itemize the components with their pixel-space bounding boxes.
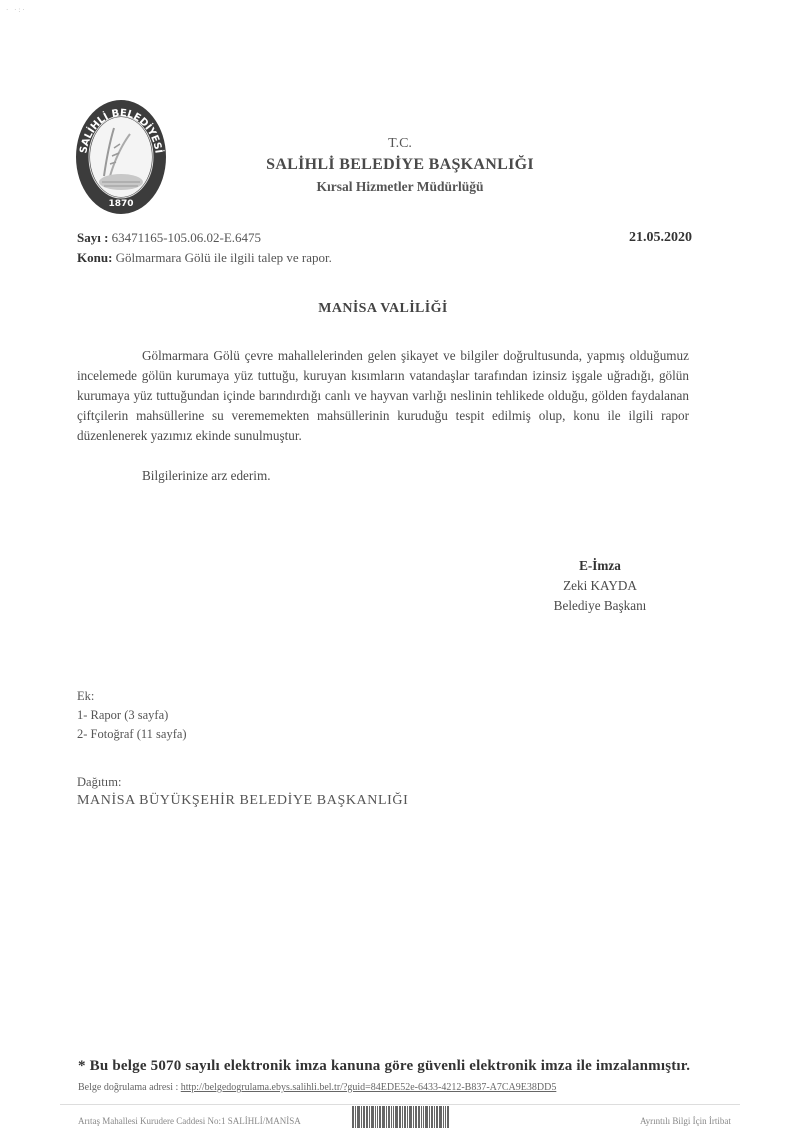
closing-line: Bilgilerinize arz ederim. [142,468,271,484]
reference-label: Sayı : [77,230,108,245]
barcode-icon [352,1106,449,1128]
subject-value: Gölmarmara Gölü ile ilgili talep ve rapo… [116,250,332,265]
esignature-notice: * Bu belge 5070 sayılı elektronik imza k… [78,1058,690,1075]
verification-line: Belge doğrulama adresi : http://belgedog… [78,1082,556,1093]
header-department: Kırsal Hizmetler Müdürlüğü [200,179,600,195]
signatory-name: Zeki KAYDA [500,578,700,594]
distribution-label: Dağıtım: [77,775,121,790]
municipality-logo: SALİHLİ BELEDİYESİ 1870 [74,98,168,216]
body-paragraph: Gölmarmara Gölü çevre mahallelerinden ge… [77,346,689,446]
municipality-seal-icon: SALİHLİ BELEDİYESİ 1870 [74,98,168,216]
footer-address: Arıtaş Mahallesi Kurudere Caddesi No:1 S… [78,1116,301,1126]
footer-contact-info: Ayrıntılı Bilgi İçin İrtibat [640,1116,731,1126]
attachment-item: 1- Rapor (3 sayfa) [77,708,168,723]
scan-artifact: · ·:· [6,6,27,14]
signatory-title: Belediye Başkanı [500,598,700,614]
header-country: T.C. [200,136,600,152]
subject: Konu: Gölmarmara Gölü ile ilgili talep v… [77,250,332,266]
attachments-label: Ek: [77,689,94,704]
document-date: 21.05.2020 [629,230,692,246]
attachment-item: 2- Fotoğraf (11 sayfa) [77,727,187,742]
distribution-recipient: MANİSA BÜYÜKŞEHİR BELEDİYE BAŞKANLIĞI [77,793,408,809]
seal-year: 1870 [108,199,133,209]
reference-number: Sayı : 63471165-105.06.02-E.6475 [77,230,261,246]
signature-label: E-İmza [500,558,700,574]
reference-value: 63471165-105.06.02-E.6475 [112,230,261,245]
addressee: MANİSA VALİLİĞİ [0,301,766,317]
verification-link[interactable]: http://belgedogrulama.ebys.salihli.bel.t… [181,1082,557,1093]
subject-label: Konu: [77,250,112,265]
footer-divider [60,1104,740,1105]
verification-label: Belge doğrulama adresi : [78,1082,178,1093]
header-institution: SALİHLİ BELEDİYE BAŞKANLIĞI [200,156,600,174]
